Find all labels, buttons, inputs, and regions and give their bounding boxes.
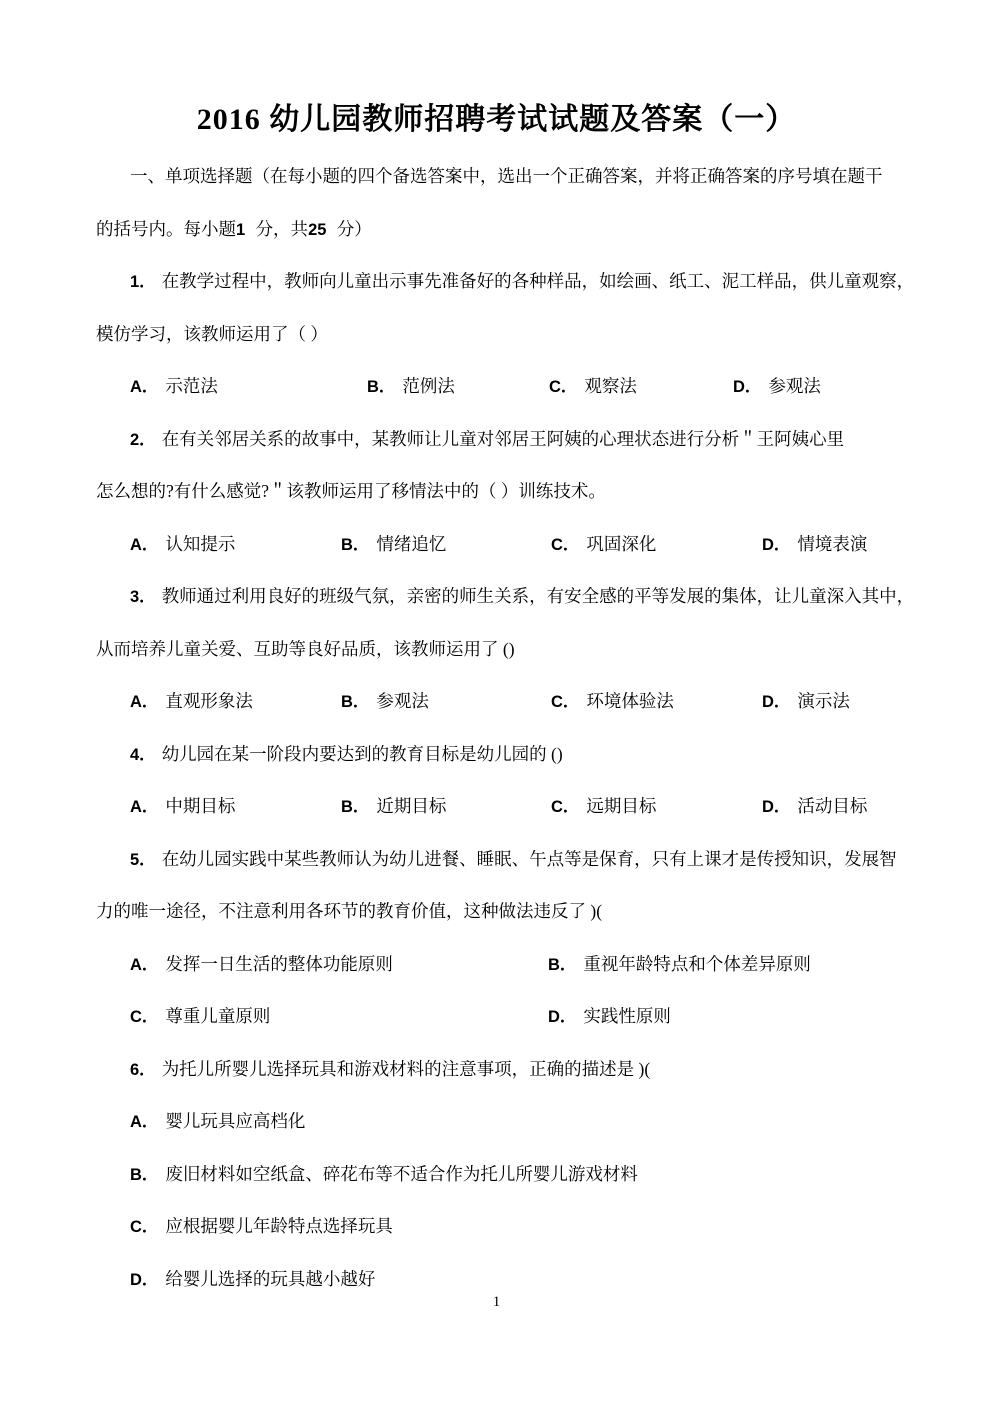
question-1-number: 1．: [130, 273, 156, 291]
question-6-option-b: B．废旧材料如空纸盒、碎花布等不适合作为托儿所婴儿游戏材料: [130, 1148, 956, 1202]
question-5-text: 在幼儿园实践中某些教师认为幼儿进餐、睡眠、午点等是保育，只有上课才是传授知识，发…: [162, 849, 897, 869]
option-label: D．: [130, 1271, 158, 1289]
heading-text-part: 的括号内。每小题: [96, 219, 236, 239]
option-text: 参观法: [376, 691, 429, 711]
option-text: 废旧材料如空纸盒、碎花布等不适合作为托儿所婴儿游戏材料: [165, 1164, 638, 1184]
question-5-number: 5．: [130, 851, 156, 869]
option-label: D．: [548, 1008, 576, 1026]
question-6-option-row-a: A．婴儿玩具应高档化: [96, 1095, 956, 1148]
heading-text-part: 分，共: [251, 219, 308, 239]
option-label: D．: [733, 378, 761, 396]
document-page: 2016 幼儿园教师招聘考试试题及答案（一） 一、单项选择题（在每小题的四个备选…: [0, 0, 993, 1404]
question-4-option-a: A．中期目标: [130, 780, 341, 834]
question-3-text: 教师通过利用良好的班级气氛，亲密的师生关系，有安全感的平等发展的集体，让儿童深入…: [162, 586, 915, 606]
question-5-options-row-1: A．发挥一日生活的整体功能原则 B．重视年龄特点和个体差异原则: [96, 938, 956, 991]
question-1-options: A．示范法 B．范例法 C．观察法 D．参观法: [96, 360, 956, 413]
option-label: D．: [762, 536, 790, 554]
option-text: 示范法: [165, 376, 218, 396]
option-label: B．: [341, 693, 369, 711]
option-text: 给婴儿选择的玩具越小越好: [165, 1269, 375, 1289]
question-1-line-2: 模仿学习，该教师运用了（ ）: [96, 308, 956, 361]
question-5-options-row-2: C．尊重儿童原则 D．实践性原则: [96, 990, 956, 1043]
option-text: 重视年龄特点和个体差异原则: [583, 954, 811, 974]
question-4-line-1: 4．幼儿园在某一阶段内要达到的教育目标是幼儿园的 (): [96, 728, 956, 781]
question-6-option-row-b: B．废旧材料如空纸盒、碎花布等不适合作为托儿所婴儿游戏材料: [96, 1148, 956, 1201]
question-6-option-c: C．应根据婴儿年龄特点选择玩具: [130, 1200, 956, 1254]
option-label: C．: [130, 1008, 158, 1026]
question-2-option-b: B．情绪追忆: [341, 518, 551, 572]
option-text: 婴儿玩具应高档化: [165, 1111, 305, 1131]
option-text: 情绪追忆: [376, 534, 446, 554]
option-text: 范例法: [402, 376, 455, 396]
option-text: 认知提示: [165, 534, 235, 554]
option-label: C．: [549, 378, 577, 396]
option-text: 参观法: [768, 376, 821, 396]
option-text: 直观形象法: [165, 691, 253, 711]
option-label: A．: [130, 798, 158, 816]
question-2-option-a: A．认知提示: [130, 518, 341, 572]
option-label: B．: [341, 798, 369, 816]
option-text: 情境表演: [797, 534, 867, 554]
option-label: C．: [551, 798, 579, 816]
question-4-option-b: B．近期目标: [341, 780, 551, 834]
question-5-line-2: 力的唯一途径，不注意利用各环节的教育价值，这种做法违反了 )(: [96, 885, 956, 938]
section-heading-line2: 的括号内。每小题1 分，共25 分）: [96, 203, 956, 256]
question-2-line-1: 2．在有关邻居关系的故事中，某教师让儿童对邻居王阿姨的心理状态进行分析＂王阿姨心…: [96, 413, 956, 466]
question-4-option-d: D．活动目标: [762, 780, 956, 834]
option-label: A．: [130, 536, 158, 554]
option-label: B．: [130, 1166, 158, 1184]
question-2-options: A．认知提示 B．情绪追忆 C．巩固深化 D．情境表演: [96, 518, 956, 571]
option-label: D．: [762, 693, 790, 711]
question-6-line-1: 6．为托儿所婴儿选择玩具和游戏材料的注意事项，正确的描述是 )(: [96, 1043, 956, 1096]
option-label: C．: [551, 693, 579, 711]
question-4-options: A．中期目标 B．近期目标 C．远期目标 D．活动目标: [96, 780, 956, 833]
question-5-option-b: B．重视年龄特点和个体差异原则: [548, 938, 956, 992]
question-1-option-b: B．范例法: [367, 360, 549, 414]
option-label: B．: [367, 378, 395, 396]
question-6-option-row-c: C．应根据婴儿年龄特点选择玩具: [96, 1200, 956, 1253]
option-label: A．: [130, 693, 158, 711]
question-5-line-1: 5．在幼儿园实践中某些教师认为幼儿进餐、睡眠、午点等是保育，只有上课才是传授知识…: [96, 833, 956, 886]
question-3-line-2: 从而培养儿童关爱、互助等良好品质，该教师运用了 (): [96, 623, 956, 676]
question-3-option-d: D．演示法: [762, 675, 956, 729]
question-3-option-b: B．参观法: [341, 675, 551, 729]
question-4-text: 幼儿园在某一阶段内要达到的教育目标是幼儿园的 (): [162, 744, 563, 764]
page-number: 1: [0, 1294, 993, 1311]
option-text: 观察法: [584, 376, 637, 396]
option-label: D．: [762, 798, 790, 816]
document-body: 一、单项选择题（在每小题的四个备选答案中，选出一个正确答案，并将正确答案的序号填…: [96, 150, 956, 1305]
option-text: 应根据婴儿年龄特点选择玩具: [165, 1216, 393, 1236]
option-text: 中期目标: [165, 796, 235, 816]
question-2-line-2: 怎么想的?有什么感觉?＂该教师运用了移情法中的（ ）训练技术。: [96, 465, 956, 518]
question-3-number: 3．: [130, 588, 156, 606]
option-text: 近期目标: [376, 796, 446, 816]
question-6-text: 为托儿所婴儿选择玩具和游戏材料的注意事项，正确的描述是 )(: [162, 1059, 651, 1079]
page-title: 2016 幼儿园教师招聘考试试题及答案（一）: [0, 94, 993, 138]
question-2-option-c: C．巩固深化: [551, 518, 762, 572]
question-3-option-a: A．直观形象法: [130, 675, 341, 729]
question-2-option-d: D．情境表演: [762, 518, 956, 572]
option-label: A．: [130, 378, 158, 396]
question-5-option-c: C．尊重儿童原则: [130, 990, 548, 1044]
question-4-option-c: C．远期目标: [551, 780, 762, 834]
question-3-option-c: C．环境体验法: [551, 675, 762, 729]
points-per-question: 1: [236, 221, 245, 239]
question-1-option-a: A．示范法: [130, 360, 367, 414]
option-text: 尊重儿童原则: [165, 1006, 270, 1026]
option-label: C．: [551, 536, 579, 554]
question-1-option-c: C．观察法: [549, 360, 733, 414]
option-text: 远期目标: [586, 796, 656, 816]
section-heading-line1: 一、单项选择题（在每小题的四个备选答案中，选出一个正确答案，并将正确答案的序号填…: [96, 150, 956, 203]
option-text: 发挥一日生活的整体功能原则: [165, 954, 393, 974]
option-text: 巩固深化: [586, 534, 656, 554]
question-3-line-1: 3．教师通过利用良好的班级气氛，亲密的师生关系，有安全感的平等发展的集体，让儿童…: [96, 570, 956, 623]
question-5-option-d: D．实践性原则: [548, 990, 956, 1044]
question-6-number: 6．: [130, 1061, 156, 1079]
question-1-line-1: 1．在教学过程中，教师向儿童出示事先准备好的各种样品，如绘画、纸工、泥工样品，供…: [96, 255, 956, 308]
question-4-number: 4．: [130, 746, 156, 764]
total-points: 25: [308, 221, 326, 239]
option-text: 实践性原则: [583, 1006, 671, 1026]
option-label: A．: [130, 956, 158, 974]
question-5-option-a: A．发挥一日生活的整体功能原则: [130, 938, 548, 992]
option-text: 演示法: [797, 691, 850, 711]
heading-text-part: 分）: [332, 219, 371, 239]
question-2-text: 在有关邻居关系的故事中，某教师让儿童对邻居王阿姨的心理状态进行分析＂王阿姨心里: [162, 429, 845, 449]
question-3-options: A．直观形象法 B．参观法 C．环境体验法 D．演示法: [96, 675, 956, 728]
option-label: B．: [548, 956, 576, 974]
question-2-number: 2．: [130, 431, 156, 449]
question-6-option-a: A．婴儿玩具应高档化: [130, 1095, 956, 1149]
option-text: 环境体验法: [586, 691, 674, 711]
option-label: A．: [130, 1113, 158, 1131]
question-1-option-d: D．参观法: [733, 360, 956, 414]
option-text: 活动目标: [797, 796, 867, 816]
option-label: B．: [341, 536, 369, 554]
option-label: C．: [130, 1218, 158, 1236]
question-1-text: 在教学过程中，教师向儿童出示事先准备好的各种样品，如绘画、纸工、泥工样品，供儿童…: [162, 271, 915, 291]
